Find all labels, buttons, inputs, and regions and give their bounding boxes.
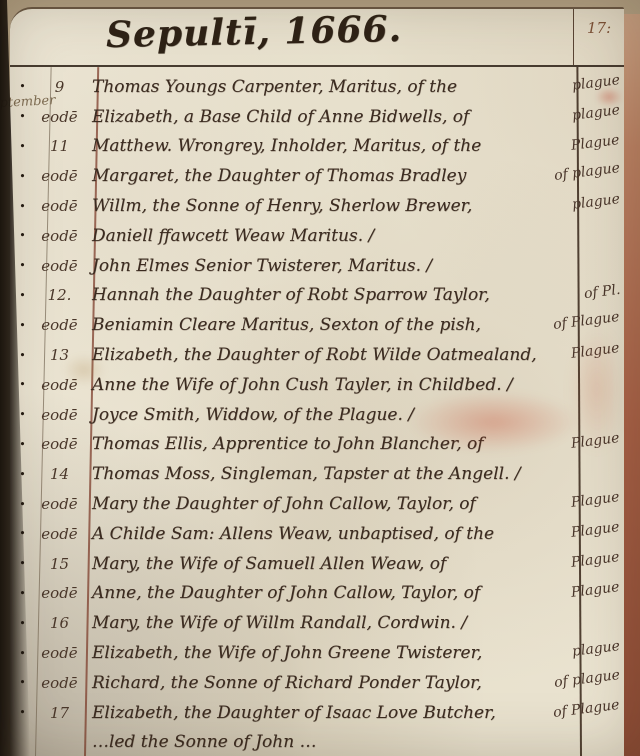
entry-date: 11 [35, 137, 84, 155]
page-number: 17: [587, 19, 611, 37]
entry-date: eodē [35, 584, 84, 602]
register-rows: • 9 Thomas Youngs Carpenter, Maritus, of… [10, 72, 624, 756]
register-row: • 11 Matthew. Wrongrey, Inholder, Maritu… [10, 132, 624, 162]
entry-text: A Childe Sam: Allens Weaw, unbaptised, o… [84, 524, 624, 544]
entry-date: 15 [35, 555, 84, 573]
entry-text: …led the Sonne of John … [84, 732, 624, 752]
entry-text: Anne the Wife of John Cush Tayler, in Ch… [84, 375, 624, 395]
register-row: • eodē Elizabeth, the Wife of John Green… [10, 638, 624, 668]
register-row: • eodē Joyce Smith, Widdow, of the Plagu… [10, 400, 624, 430]
entry-date: 13 [35, 346, 84, 364]
register-row: • eodē Anne, the Daughter of John Callow… [10, 579, 624, 609]
register-row: • eodē Mary the Daughter of John Callow,… [10, 489, 624, 519]
entry-text: Elizabeth, a Base Child of Anne Bidwells… [84, 107, 624, 127]
entry-text: Elizabeth, the Wife of John Greene Twist… [84, 643, 624, 663]
entry-date: 14 [35, 465, 84, 483]
entry-text: Thomas Ellis, Apprentice to John Blanche… [84, 434, 624, 454]
register-row: • eodē Elizabeth, a Base Child of Anne B… [10, 102, 624, 132]
register-row: • eodē Beniamin Cleare Maritus, Sexton o… [10, 310, 624, 340]
register-row: • 15 Mary, the Wife of Samuell Allen Wea… [10, 549, 624, 579]
register-photo: Sepultī, 1666. 17: September • 9 Thomas … [0, 0, 640, 756]
register-row: • 17 Elizabeth, the Daughter of Isaac Lo… [10, 698, 624, 728]
entry-date: eodē [35, 435, 84, 453]
entry-date: eodē [35, 197, 84, 215]
entry-text: Elizabeth, the Daughter of Isaac Love Bu… [84, 703, 624, 723]
entry-text: Mary, the Wife of Willm Randall, Cordwin… [84, 613, 624, 633]
register-row: …led the Sonne of John … [10, 728, 624, 756]
register-row: • eodē Anne the Wife of John Cush Tayler… [10, 370, 624, 400]
register-row: • 13 Elizabeth, the Daughter of Robt Wil… [10, 340, 624, 370]
entry-date: eodē [35, 674, 84, 692]
margin-dot-icon: • [10, 141, 35, 152]
entry-date: eodē [35, 257, 84, 275]
entry-date: eodē [35, 644, 84, 662]
entry-date: eodē [35, 108, 84, 126]
register-row: • eodē A Childe Sam: Allens Weaw, unbapt… [10, 519, 624, 549]
register-row: • 9 Thomas Youngs Carpenter, Maritus, of… [10, 72, 624, 102]
entry-text: Hannah the Daughter of Robt Sparrow Tayl… [84, 285, 624, 305]
page-fore-edge [624, 14, 640, 756]
register-row: • eodē Richard, the Sonne of Richard Pon… [10, 668, 624, 698]
register-row: • 16 Mary, the Wife of Willm Randall, Co… [10, 608, 624, 638]
manuscript-page: Sepultī, 1666. 17: September • 9 Thomas … [10, 7, 624, 756]
register-row: • 14 Thomas Moss, Singleman, Tapster at … [10, 459, 624, 489]
register-row: • eodē Willm, the Sonne of Henry, Sherlo… [10, 191, 624, 221]
register-row: • eodē Daniell ffawcett Weaw Maritus. / [10, 221, 624, 251]
entry-date: 16 [35, 614, 84, 632]
entry-text: John Elmes Senior Twisterer, Maritus. / [84, 256, 624, 276]
margin-dot-icon: • [10, 111, 35, 122]
entry-date: eodē [35, 227, 84, 245]
register-row: • eodē Margaret, the Daughter of Thomas … [10, 161, 624, 191]
entry-text: Thomas Moss, Singleman, Tapster at the A… [84, 464, 624, 484]
entry-text: Richard, the Sonne of Richard Ponder Tay… [84, 673, 624, 693]
register-row: • 12. Hannah the Daughter of Robt Sparro… [10, 281, 624, 311]
entry-text: Joyce Smith, Widdow, of the Plague. / [84, 405, 624, 425]
entry-text: Mary, the Wife of Samuell Allen Weaw, of [84, 554, 624, 574]
margin-dot-icon: • [10, 201, 35, 212]
entry-text: Margaret, the Daughter of Thomas Bradley [84, 166, 624, 186]
entry-date: eodē [35, 525, 84, 543]
entry-text: Matthew. Wrongrey, Inholder, Maritus, of… [84, 136, 624, 156]
entry-date: eodē [35, 495, 84, 513]
entry-date: 9 [35, 78, 84, 96]
entry-text: Anne, the Daughter of John Callow, Taylo… [84, 583, 624, 603]
entry-text: Mary the Daughter of John Callow, Taylor… [84, 494, 624, 514]
entry-text: Willm, the Sonne of Henry, Sherlow Brewe… [84, 196, 624, 216]
entry-date: eodē [35, 167, 84, 185]
register-row: • eodē John Elmes Senior Twisterer, Mari… [10, 251, 624, 281]
margin-dot-icon: • [10, 171, 35, 182]
page-title: Sepultī, 1666. [106, 8, 403, 56]
register-row: • eodē Thomas Ellis, Apprentice to John … [10, 430, 624, 460]
entry-text: Elizabeth, the Daughter of Robt Wilde Oa… [84, 345, 624, 365]
entry-text: Daniell ffawcett Weaw Maritus. / [84, 226, 624, 246]
entry-date: 12. [35, 286, 84, 304]
margin-dot-icon: • [10, 81, 35, 92]
entry-date: eodē [35, 376, 84, 394]
entry-date: eodē [35, 406, 84, 424]
entry-text: Beniamin Cleare Maritus, Sexton of the p… [84, 315, 624, 335]
entry-date: 17 [35, 704, 84, 722]
page-number-box: 17: [573, 9, 624, 65]
entry-text: Thomas Youngs Carpenter, Maritus, of the [84, 77, 624, 97]
entry-date: eodē [35, 316, 84, 334]
page-header: Sepultī, 1666. 17: [10, 9, 624, 67]
